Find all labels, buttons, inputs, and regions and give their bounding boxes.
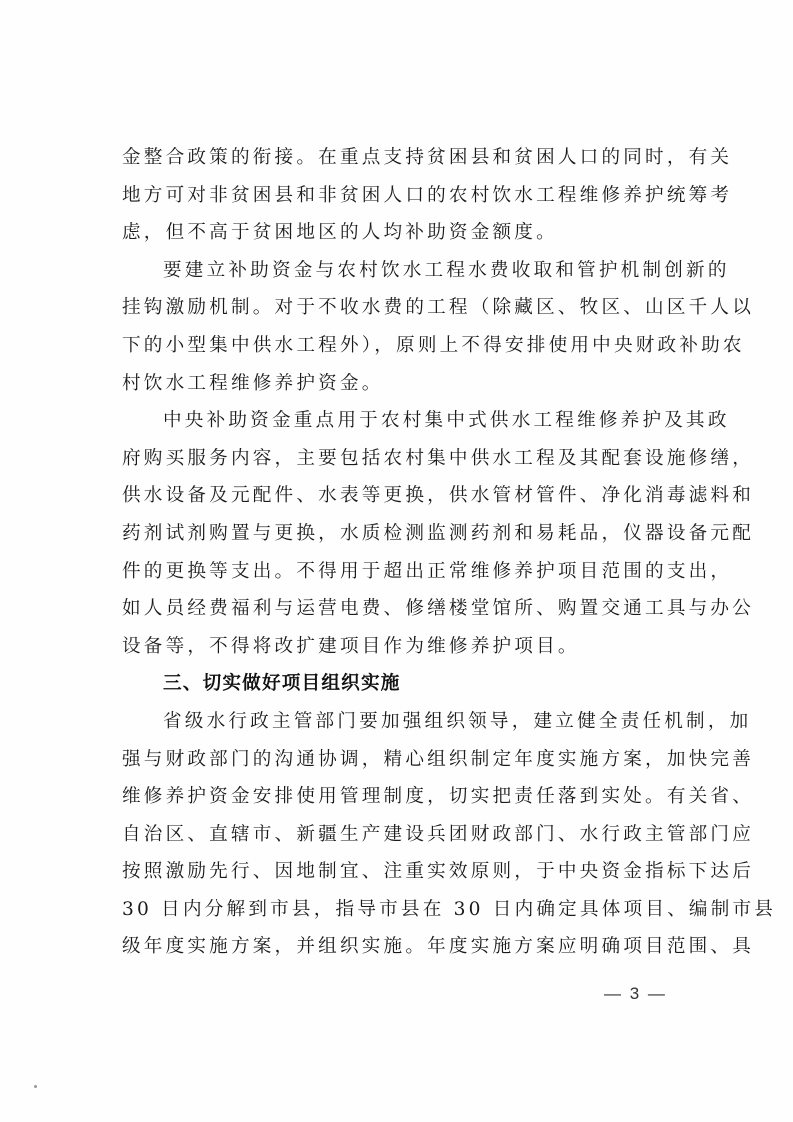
page-number: — 3 —	[604, 984, 667, 1004]
text-line: 供水设备及元配件、水表等更换，供水管材管件、净化消毒滤料和	[122, 477, 682, 515]
text-line: 设备等，不得将改扩建项目作为维修养护项目。	[122, 628, 682, 666]
text-line: 府购买服务内容，主要包括农村集中供水工程及其配套设施修缮，	[122, 440, 682, 478]
document-body: 金整合政策的衔接。在重点支持贫困县和贫困人口的同时，有关 地方可对非贫困县和非贫…	[122, 139, 682, 966]
text-line: 中央补助资金重点用于农村集中式供水工程维修养护及其政	[122, 402, 682, 440]
text-line: 级年度实施方案，并组织实施。年度实施方案应明确项目范围、具	[122, 928, 682, 966]
text-line: 虑，但不高于贫困地区的人均补助资金额度。	[122, 214, 682, 252]
document-page: 金整合政策的衔接。在重点支持贫困县和贫困人口的同时，有关 地方可对非贫困县和非贫…	[0, 0, 793, 1122]
text-line: 村饮水工程维修养护资金。	[122, 365, 682, 403]
text-line: 地方可对非贫困县和非贫困人口的农村饮水工程维修养护统筹考	[122, 177, 682, 215]
section-heading: 三、切实做好项目组织实施	[122, 665, 682, 703]
text-line: 按照激励先行、因地制宜、注重实效原则，于中央资金指标下达后	[122, 853, 682, 891]
text-line: 下的小型集中供水工程外），原则上不得安排使用中央财政补助农	[122, 327, 682, 365]
text-line: 金整合政策的衔接。在重点支持贫困县和贫困人口的同时，有关	[122, 139, 682, 177]
text-line: 30 日内分解到市县，指导市县在 30 日内确定具体项目、编制市县	[122, 891, 682, 929]
text-line: 件的更换等支出。不得用于超出正常维修养护项目范围的支出，	[122, 553, 682, 591]
text-line: 挂钩激励机制。对于不收水费的工程（除藏区、牧区、山区千人以	[122, 289, 682, 327]
scan-speck	[34, 1085, 37, 1088]
text-line: 强与财政部门的沟通协调，精心组织制定年度实施方案，加快完善	[122, 741, 682, 779]
text-line: 药剂试剂购置与更换，水质检测监测药剂和易耗品，仪器设备元配	[122, 515, 682, 553]
text-line: 维修养护资金安排使用管理制度，切实把责任落到实处。有关省、	[122, 778, 682, 816]
text-line: 要建立补助资金与农村饮水工程水费收取和管护机制创新的	[122, 252, 682, 290]
text-line: 省级水行政主管部门要加强组织领导，建立健全责任机制，加	[122, 703, 682, 741]
text-line: 自治区、直辖市、新疆生产建设兵团财政部门、水行政主管部门应	[122, 816, 682, 854]
text-line: 如人员经费福利与运营电费、修缮楼堂馆所、购置交通工具与办公	[122, 590, 682, 628]
